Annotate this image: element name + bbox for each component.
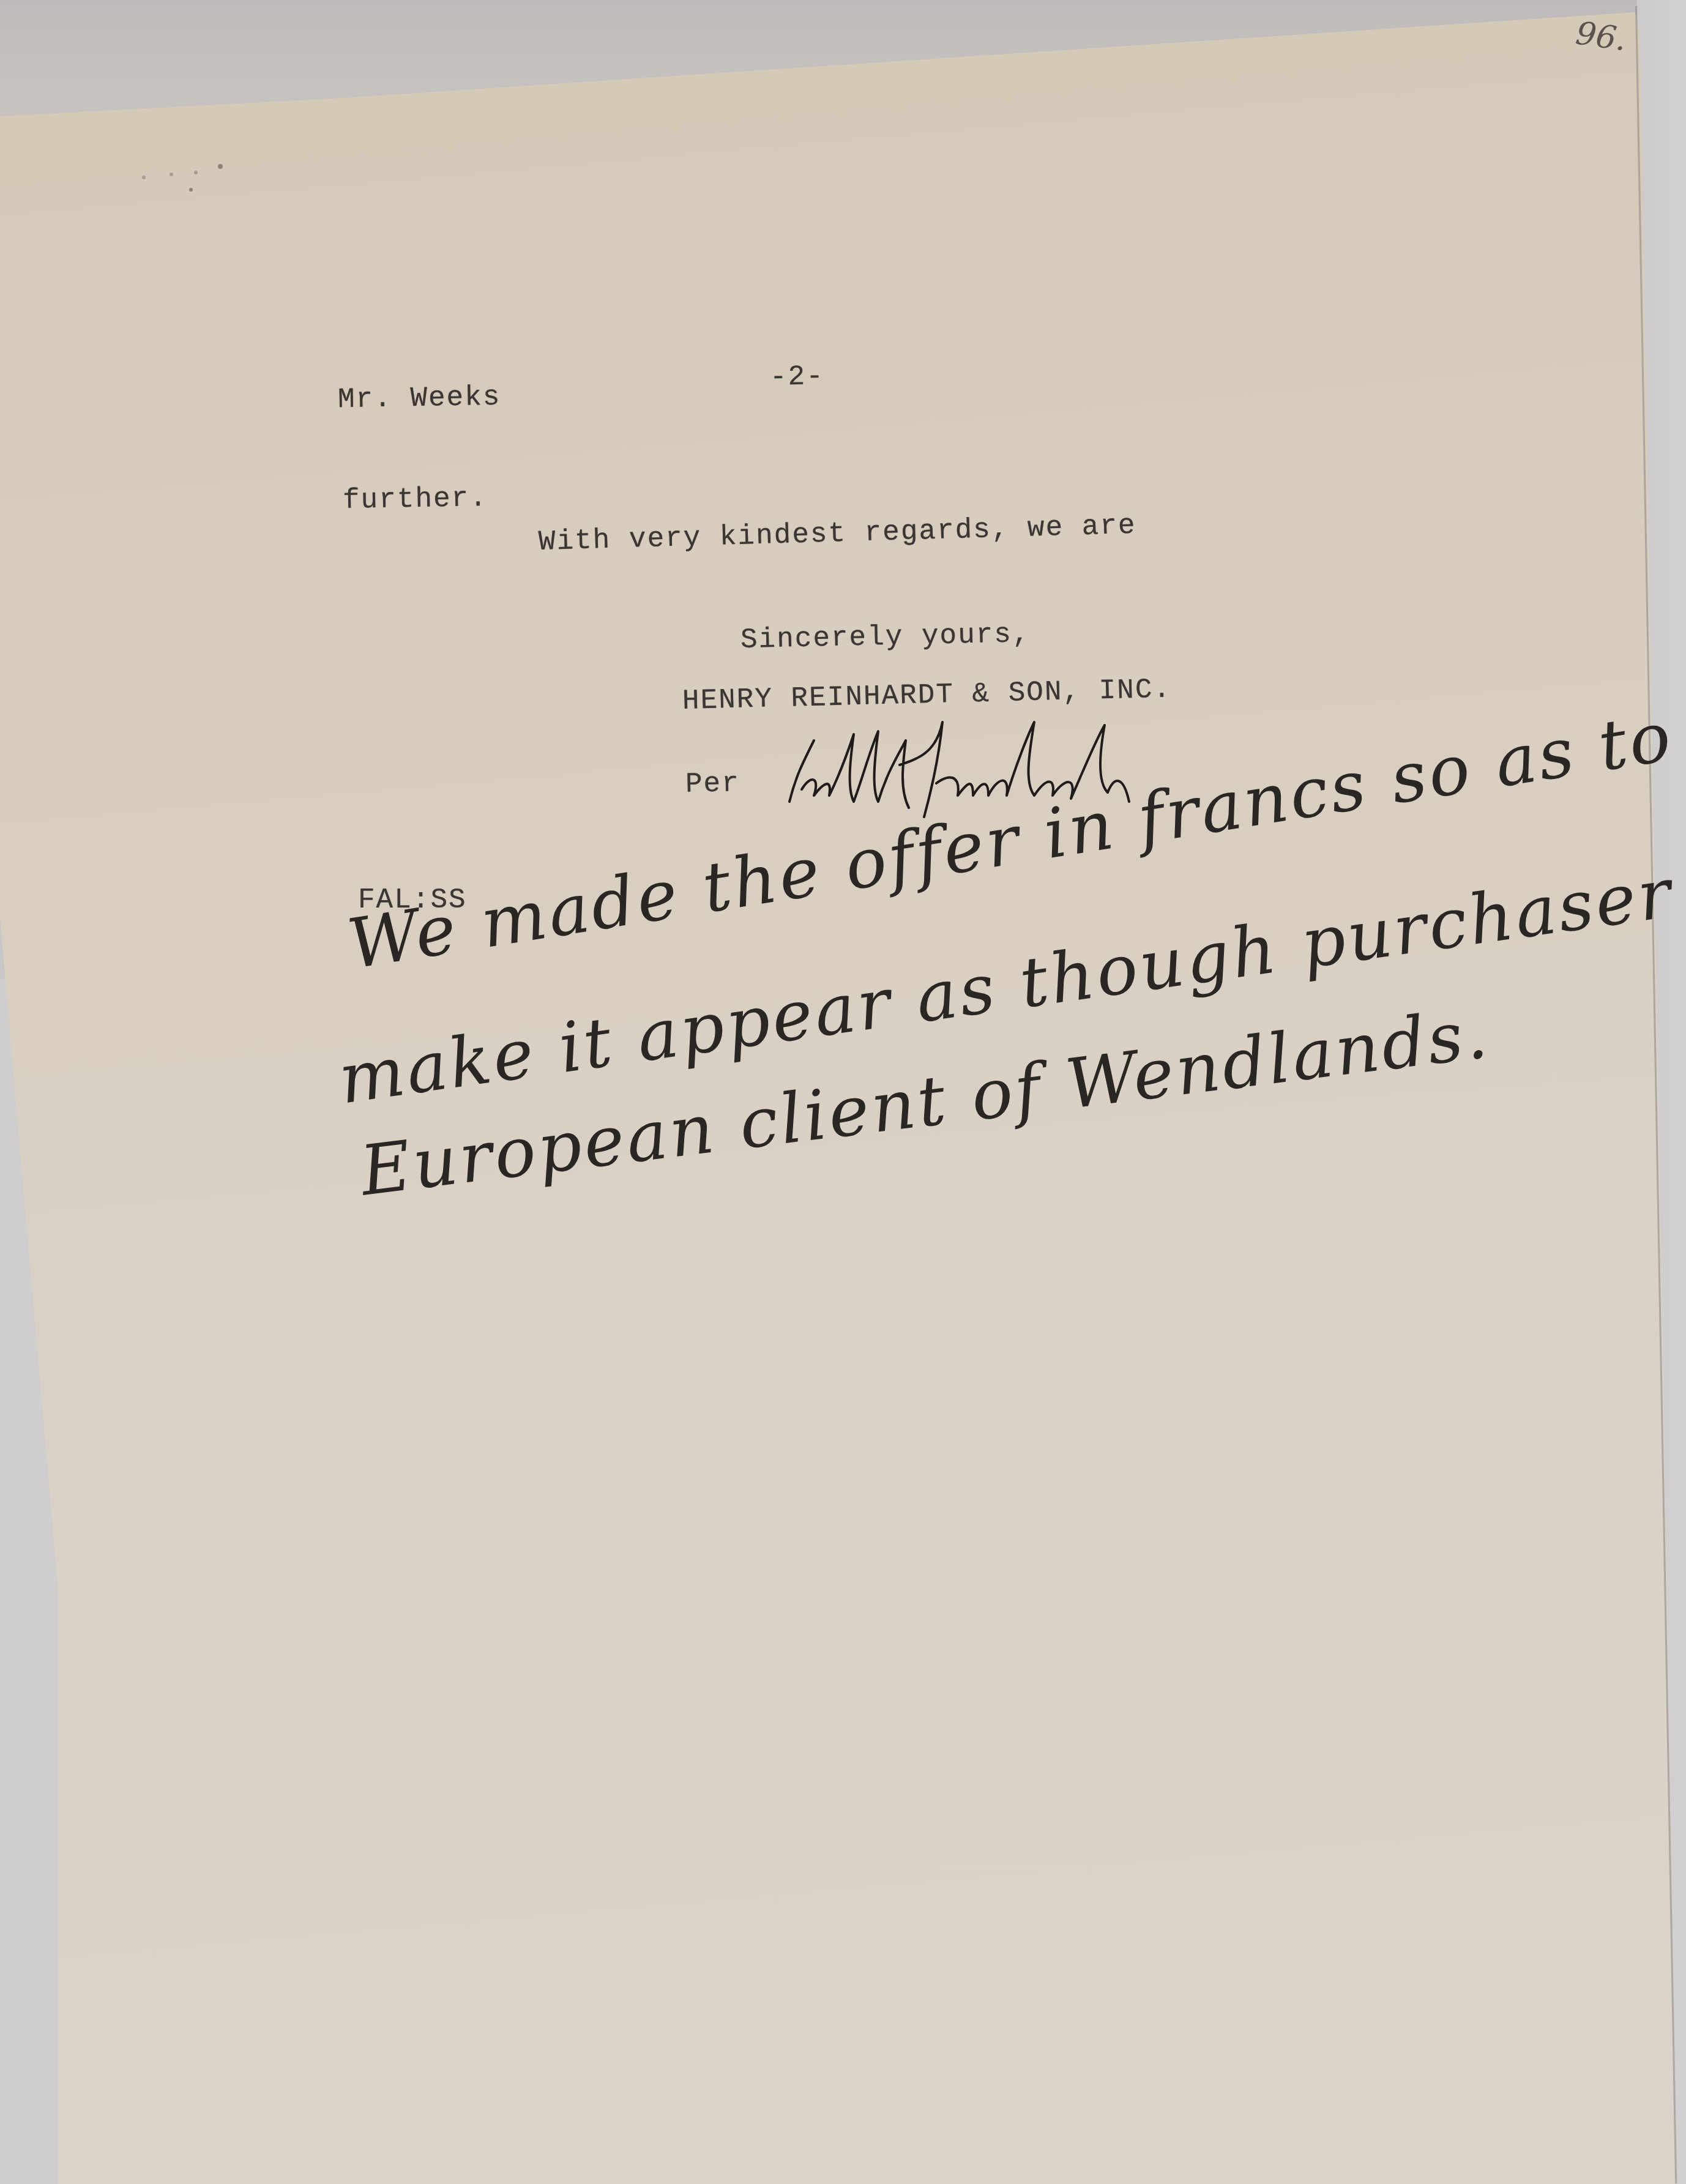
body-continuation: further. (343, 482, 488, 516)
handwritten-page-number: 96. (1573, 15, 1628, 59)
valediction: Sincerely yours, (740, 618, 1031, 656)
page-marker: -2- (770, 360, 825, 393)
signature-prefix: Per (685, 767, 740, 800)
pin-marks-icon (135, 159, 245, 202)
recipient-header: Mr. Weeks (338, 381, 501, 416)
